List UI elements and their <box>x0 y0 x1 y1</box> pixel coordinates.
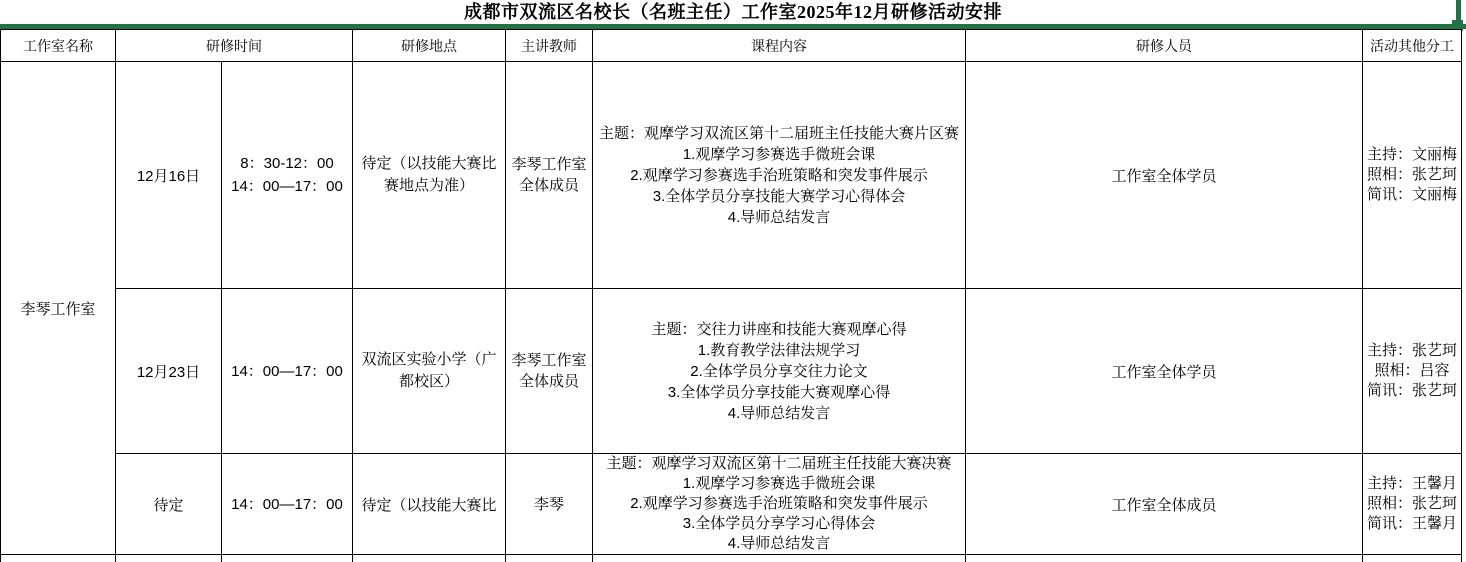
header-time[interactable]: 研修时间 <box>116 30 353 62</box>
empty-cell[interactable] <box>116 555 222 562</box>
teacher-cell[interactable]: 李琴 <box>506 454 593 555</box>
empty-cell[interactable] <box>353 555 506 562</box>
content-cell[interactable]: 主题：观摩学习双流区第十二届班主任技能大赛片区赛 1.观摩学习参赛选手微班会课 … <box>593 62 966 289</box>
empty-cell[interactable] <box>1363 555 1462 562</box>
empty-cell[interactable] <box>966 555 1363 562</box>
header-location[interactable]: 研修地点 <box>353 30 506 62</box>
time-cell[interactable]: 8：30-12：00 14：00—17：00 <box>222 62 353 289</box>
empty-cell[interactable] <box>222 555 353 562</box>
empty-cell[interactable] <box>593 555 966 562</box>
date-cell[interactable]: 12月16日 <box>116 62 222 289</box>
personnel-cell[interactable]: 工作室全体成员 <box>966 454 1363 555</box>
date-cell[interactable]: 12月23日 <box>116 289 222 454</box>
header-workshop-name[interactable]: 工作室名称 <box>1 30 116 62</box>
teacher-cell[interactable]: 李琴工作室 全体成员 <box>506 289 593 454</box>
duties-cell[interactable]: 主持：王馨月 照相：张艺珂 简讯：王馨月 <box>1363 454 1462 555</box>
table-row: 李琴工作室 12月16日 8：30-12：00 14：00—17：00 待定（以… <box>1 62 1462 289</box>
teacher-cell[interactable]: 李琴工作室 全体成员 <box>506 62 593 289</box>
header-personnel[interactable]: 研修人员 <box>966 30 1363 62</box>
time-cell[interactable]: 14：00—17：00 <box>222 289 353 454</box>
duties-cell[interactable]: 主持：张艺珂 照相：吕容 简讯：张艺珂 <box>1363 289 1462 454</box>
table-row <box>1 555 1462 562</box>
empty-cell[interactable] <box>506 555 593 562</box>
header-duties[interactable]: 活动其他分工 <box>1363 30 1462 62</box>
sheet-title[interactable]: 成都市双流区名校长（名班主任）工作室2025年12月研修活动安排 <box>0 0 1466 24</box>
table-row: 待定 14：00—17：00 待定（以技能大赛比 李琴 主题：观摩学习双流区第十… <box>1 454 1462 555</box>
personnel-cell[interactable]: 工作室全体学员 <box>966 289 1363 454</box>
date-cell[interactable]: 待定 <box>116 454 222 555</box>
content-cell[interactable]: 主题：交往力讲座和技能大赛观摩心得 1.教育教学法律法规学习 2.全体学员分享交… <box>593 289 966 454</box>
table-row: 12月23日 14：00—17：00 双流区实验小学（广 都校区） 李琴工作室 … <box>1 289 1462 454</box>
content-cell[interactable]: 主题：观摩学习双流区第十二届班主任技能大赛决赛 1.观摩学习参赛选手微班会课 2… <box>593 454 966 555</box>
location-cell[interactable]: 待定（以技能大赛比 赛地点为准） <box>353 62 506 289</box>
schedule-table: 工作室名称 研修时间 研修地点 主讲教师 课程内容 研修人员 活动其他分工 李琴… <box>0 29 1462 562</box>
time-cell[interactable]: 14：00—17：00 <box>222 454 353 555</box>
personnel-cell[interactable]: 工作室全体学员 <box>966 62 1363 289</box>
location-cell[interactable]: 待定（以技能大赛比 <box>353 454 506 555</box>
empty-cell[interactable] <box>1 555 116 562</box>
header-row: 工作室名称 研修时间 研修地点 主讲教师 课程内容 研修人员 活动其他分工 <box>1 30 1462 62</box>
location-cell[interactable]: 双流区实验小学（广 都校区） <box>353 289 506 454</box>
header-content[interactable]: 课程内容 <box>593 30 966 62</box>
workshop-name-cell[interactable]: 李琴工作室 <box>1 62 116 555</box>
duties-cell[interactable]: 主持：文丽梅 照相：张艺珂 简讯：文丽梅 <box>1363 62 1462 289</box>
header-teacher[interactable]: 主讲教师 <box>506 30 593 62</box>
